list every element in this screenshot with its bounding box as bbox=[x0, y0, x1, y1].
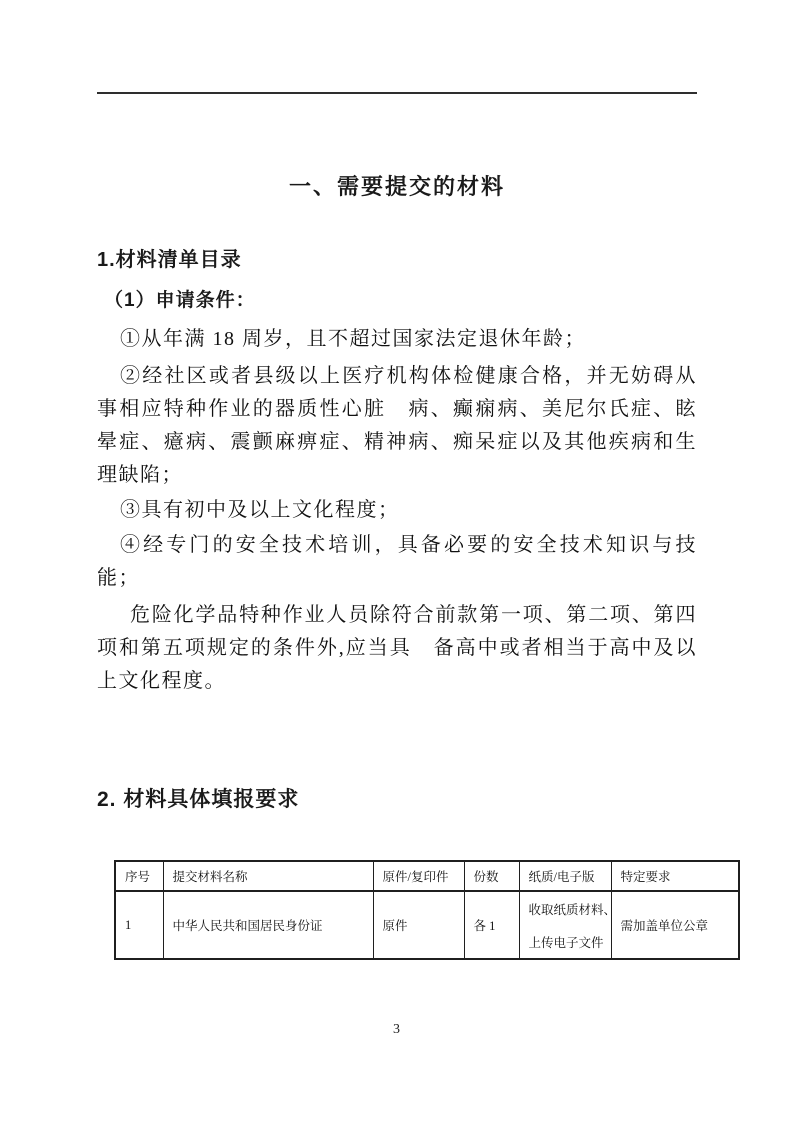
condition-item-2: ②经社区或者县级以上医疗机构体检健康合格，并无妨碍从事相应特种作业的器质性心脏 … bbox=[97, 360, 697, 492]
condition-item-3: ③具有初中及以上文化程度； bbox=[97, 494, 697, 527]
paper-electronic-line-1: 收取纸质材料、 bbox=[529, 900, 607, 918]
hazardous-chemicals-note: 危险化学品特种作业人员除符合前款第一项、第二项、第四项和第五项规定的条件外,应当… bbox=[97, 599, 697, 698]
cell-paper-electronic: 收取纸质材料、 上传电子文件 bbox=[519, 891, 611, 959]
table-row: 1 中华人民共和国居民身份证 原件 各 1 收取纸质材料、 上传电子文件 需加盖… bbox=[115, 891, 739, 959]
section1-subheading: （1）申请条件： bbox=[97, 287, 697, 315]
cell-copies: 各 1 bbox=[464, 891, 519, 959]
col-header-paper-electronic: 纸质/电子版 bbox=[519, 861, 611, 891]
col-header-original-copy: 原件/复印件 bbox=[373, 861, 464, 891]
header-row: 序号 提交材料名称 原件/复印件 份数 纸质/电子版 特定要求 bbox=[115, 861, 739, 891]
col-header-copies: 份数 bbox=[464, 861, 519, 891]
page-number: 3 bbox=[0, 1022, 793, 1038]
col-header-seq: 序号 bbox=[115, 861, 163, 891]
condition-item-1: ①从年满 18 周岁，且不超过国家法定退休年龄； bbox=[97, 323, 697, 356]
paper-electronic-line-2: 上传电子文件 bbox=[529, 933, 607, 951]
cell-special-requirement: 需加盖单位公章 bbox=[611, 891, 739, 959]
materials-table-header: 序号 提交材料名称 原件/复印件 份数 纸质/电子版 特定要求 bbox=[115, 861, 739, 891]
col-header-special-requirement: 特定要求 bbox=[611, 861, 739, 891]
paper-electronic-lines: 收取纸质材料、 上传电子文件 bbox=[529, 900, 607, 951]
page-content: 一、需要提交的材料 1.材料清单目录 （1）申请条件： ①从年满 18 周岁，且… bbox=[0, 92, 793, 960]
section2-heading: 2. 材料具体填报要求 bbox=[97, 785, 697, 815]
header-rule bbox=[97, 92, 697, 94]
page-title: 一、需要提交的材料 bbox=[97, 170, 697, 204]
document-page: 一、需要提交的材料 1.材料清单目录 （1）申请条件： ①从年满 18 周岁，且… bbox=[0, 0, 793, 1122]
col-header-material-name: 提交材料名称 bbox=[163, 861, 373, 891]
materials-table: 序号 提交材料名称 原件/复印件 份数 纸质/电子版 特定要求 1 中华人民共和… bbox=[114, 860, 740, 960]
materials-table-body: 1 中华人民共和国居民身份证 原件 各 1 收取纸质材料、 上传电子文件 需加盖… bbox=[115, 891, 739, 959]
cell-material-name: 中华人民共和国居民身份证 bbox=[163, 891, 373, 959]
cell-original-copy: 原件 bbox=[373, 891, 464, 959]
cell-seq: 1 bbox=[115, 891, 163, 959]
section1-heading: 1.材料清单目录 bbox=[97, 245, 697, 275]
condition-item-4: ④经专门的安全技术培训，具备必要的安全技术知识与技能； bbox=[97, 529, 697, 595]
